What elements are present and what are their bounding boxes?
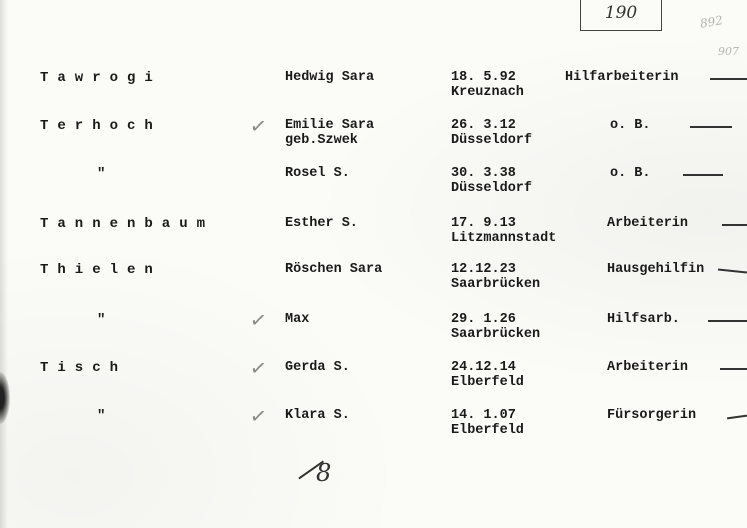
birth-info: 17. 9.13 Litzmannstadt: [451, 216, 556, 246]
list-item: Tawrogi Hedwig Sara 18. 5.92 Kreuznach H…: [0, 70, 747, 116]
birth-info: 30. 3.38 Düsseldorf: [451, 166, 532, 196]
given-names: Max: [285, 312, 309, 327]
dash-line: [722, 224, 747, 226]
birth-info: 26. 3.12 Düsseldorf: [451, 118, 532, 148]
check-mark-icon: ✓: [248, 355, 268, 381]
birth-info: 24.12.14 Elberfeld: [451, 360, 524, 390]
given-name-line: Max: [285, 312, 309, 327]
birth-date: 24.12.14: [451, 360, 524, 375]
surname: Terhoch: [40, 118, 162, 134]
birth-date: 14. 1.07: [451, 408, 524, 423]
given-name-line: Rosel S.: [285, 166, 350, 181]
birth-place: Elberfeld: [451, 375, 524, 390]
ditto-mark: ": [97, 166, 105, 182]
birth-place: Düsseldorf: [451, 133, 532, 148]
list-item: " ✓ Max 29. 1.26 Saarbrücken Hilfsarb.: [0, 312, 747, 358]
birth-info: 29. 1.26 Saarbrücken: [451, 312, 540, 342]
birth-place: Litzmannstadt: [451, 231, 556, 246]
list-item: Tisch ✓ Gerda S. 24.12.14 Elberfeld Arbe…: [0, 360, 747, 406]
occupation: Fürsorgerin: [607, 408, 696, 423]
faint-annotation-2: 907: [718, 45, 739, 58]
occupation: Arbeiterin: [607, 216, 688, 231]
given-name-line: Röschen Sara: [285, 262, 382, 277]
birth-date: 30. 3.38: [451, 166, 532, 181]
check-mark-icon: ✓: [248, 403, 268, 429]
given-name-line: Emilie Sara: [285, 118, 374, 133]
given-names: Gerda S.: [285, 360, 350, 375]
list-item: Thielen Röschen Sara 12.12.23 Saarbrücke…: [0, 262, 747, 308]
dash-line: [720, 368, 747, 370]
dash-line: [727, 415, 747, 419]
given-names: Hedwig Sara: [285, 70, 374, 85]
ditto-mark: ": [97, 312, 105, 328]
dash-line: [708, 320, 747, 322]
surname: Tannenbaum: [40, 216, 214, 232]
birth-date: 17. 9.13: [451, 216, 556, 231]
folio-digit: 8: [316, 459, 331, 487]
given-name-line: Hedwig Sara: [285, 70, 374, 85]
given-name-line: geb.Szwek: [285, 133, 374, 148]
birth-info: 12.12.23 Saarbrücken: [451, 262, 540, 292]
given-name-line: Gerda S.: [285, 360, 350, 375]
birth-date: 18. 5.92: [451, 70, 524, 85]
list-item: " Rosel S. 30. 3.38 Düsseldorf o. B.: [0, 166, 747, 212]
surname: Tisch: [40, 360, 127, 376]
surname: Thielen: [40, 262, 162, 278]
birth-date: 26. 3.12: [451, 118, 532, 133]
list-item: " ✓ Klara S. 14. 1.07 Elberfeld Fürsorge…: [0, 408, 747, 454]
page-number: 190: [605, 3, 637, 23]
dash-line: [690, 126, 732, 128]
document-page: 190 892 907 Tawrogi Hedwig Sara 18. 5.92…: [0, 0, 747, 528]
birth-place: Düsseldorf: [451, 181, 532, 196]
given-names: Emilie Sara geb.Szwek: [285, 118, 374, 148]
dash-line: [683, 174, 723, 176]
birth-place: Elberfeld: [451, 423, 524, 438]
given-names: Rosel S.: [285, 166, 350, 181]
occupation: o. B.: [610, 118, 651, 133]
birth-info: 18. 5.92 Kreuznach: [451, 70, 524, 100]
check-mark-icon: ✓: [248, 113, 268, 139]
occupation: Hilfarbeiterin: [565, 70, 678, 85]
occupation: o. B.: [610, 166, 651, 181]
dash-line: [718, 268, 747, 273]
birth-place: Saarbrücken: [451, 327, 540, 342]
given-names: Klara S.: [285, 408, 350, 423]
faint-annotation-1: 892: [699, 13, 724, 31]
birth-place: Kreuznach: [451, 85, 524, 100]
birth-date: 12.12.23: [451, 262, 540, 277]
birth-date: 29. 1.26: [451, 312, 540, 327]
list-item: Tannenbaum Esther S. 17. 9.13 Litzmannst…: [0, 216, 747, 262]
given-name-line: Esther S.: [285, 216, 358, 231]
occupation: Hilfsarb.: [607, 312, 680, 327]
occupation: Hausgehilfin: [607, 262, 704, 277]
birth-info: 14. 1.07 Elberfeld: [451, 408, 524, 438]
page-number-box: 190: [580, 0, 662, 31]
ditto-mark: ": [97, 408, 105, 424]
given-names: Röschen Sara: [285, 262, 382, 277]
list-item: Terhoch ✓ Emilie Sara geb.Szwek 26. 3.12…: [0, 118, 747, 164]
given-names: Esther S.: [285, 216, 358, 231]
check-mark-icon: ✓: [248, 307, 268, 333]
occupation: Arbeiterin: [607, 360, 688, 375]
surname: Tawrogi: [40, 70, 162, 86]
dash-line: [710, 78, 747, 80]
birth-place: Saarbrücken: [451, 277, 540, 292]
given-name-line: Klara S.: [285, 408, 350, 423]
